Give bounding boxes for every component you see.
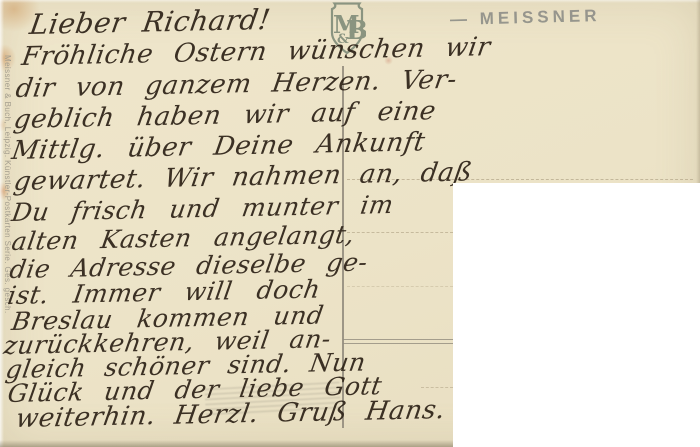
scan-edge [0,0,700,3]
blank-overlay [453,183,700,447]
address-line [347,286,453,287]
postcard-back: Meissner & Buch, Leipzig. Künstler-Postk… [0,0,700,447]
address-line-short [421,387,453,388]
pencil-annotation: — MEISSNER [450,6,601,30]
address-line [347,232,453,233]
scan-edge [0,0,4,447]
handwriting-line: Lieber Richard! [27,3,272,41]
address-line-double [343,339,453,344]
